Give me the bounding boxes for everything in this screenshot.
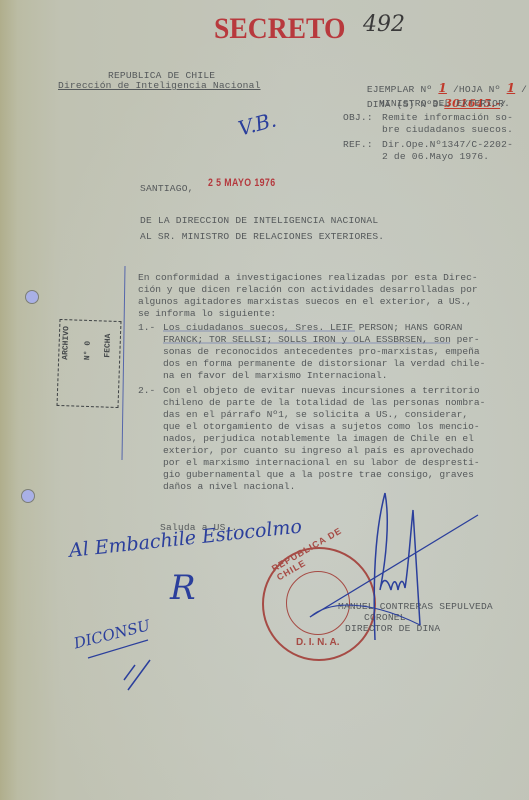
ink-strokes	[0, 0, 529, 800]
document-page: SECRETO 492 REPUBLICA DE CHILE Dirección…	[0, 0, 529, 800]
